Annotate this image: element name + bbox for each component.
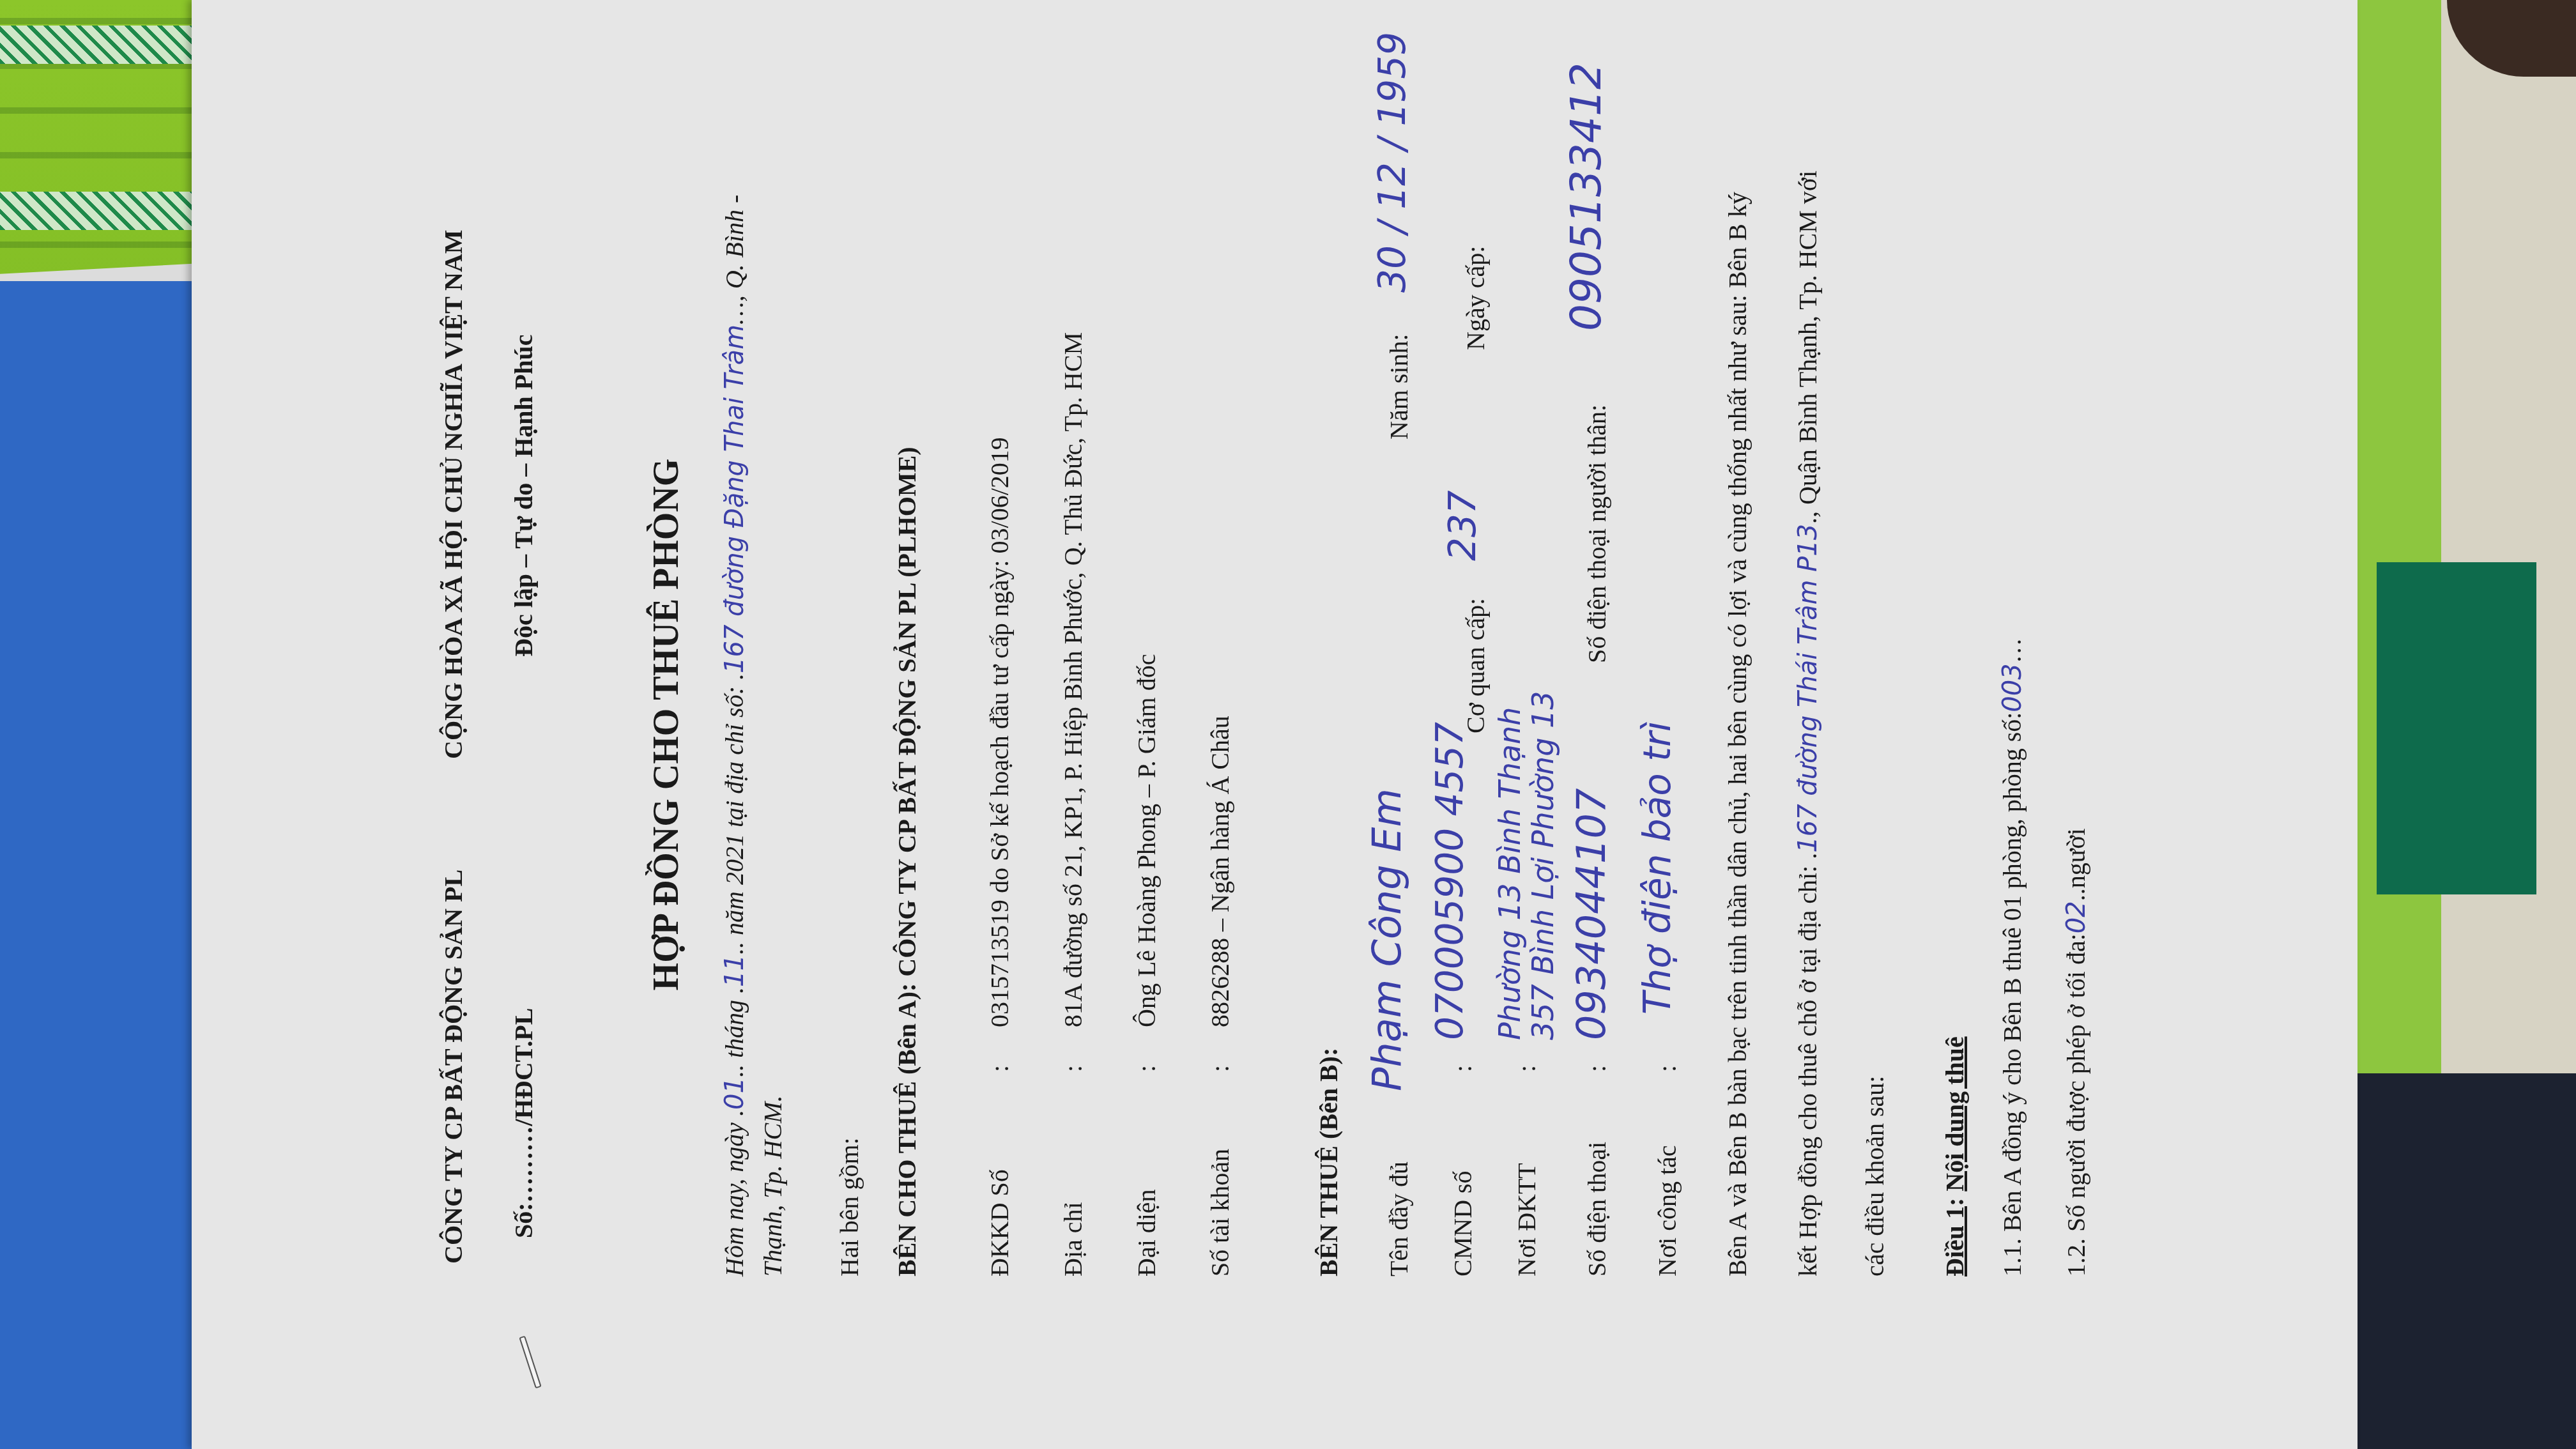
agreement-line-1: Bên A và Bên B bàn bạc trên tinh thần dâ… <box>1725 192 1751 1276</box>
handwritten-id-number: 070005900 4557 <box>1431 722 1468 1040</box>
clause-text: 1.1. Bên A đồng ý cho Bên B thuê 01 phòn… <box>1998 712 2027 1276</box>
intro-line-2: Thạnh, Tp. HCM. <box>760 1096 786 1276</box>
intro-text: .. tháng . <box>720 987 749 1077</box>
field-value-dkkd: 0315713519 do Sở kế hoạch đầu tư cấp ngà… <box>987 437 1013 1027</box>
intro-text: .. năm 2021 tại địa chỉ số: . <box>720 673 749 954</box>
agreement-line-2: kết Hợp đồng cho thuê chỗ ở tại địa chỉ:… <box>1795 171 1821 1276</box>
party-a-heading: BÊN CHO THUÊ (Bên A): CÔNG TY CP BẤT ĐỘN… <box>894 447 920 1276</box>
denim-cloth <box>2357 1073 2576 1449</box>
fabric-pattern-band <box>0 26 211 64</box>
field-colon: : <box>1061 1065 1086 1072</box>
handwritten-month: 11 <box>720 954 749 987</box>
handwritten-day: 01 <box>720 1077 749 1110</box>
handwritten-room-number: 003 <box>1998 663 2027 712</box>
field-value-address: 81A đường số 21, KP1, P. Hiệp Bình Phước… <box>1061 332 1086 1027</box>
handwritten-birth-date: 30 / 12 / 1959 <box>1374 32 1411 293</box>
id-label: CMND số <box>1450 1170 1476 1276</box>
birth-label: Năm sinh: <box>1386 333 1412 440</box>
intro-line-1: Hôm nay, ngày .01.. tháng .11.. năm 2021… <box>722 195 747 1276</box>
agreement-line-3: các điều khoản sau: <box>1862 1076 1888 1276</box>
handwritten-full-name: Phạm Công Em <box>1367 788 1407 1091</box>
handwritten-residence-1: Phường 13 Bình Thạnh <box>1495 707 1524 1040</box>
handwritten-address: 167 đường Đặng Thai Trâm <box>720 325 749 673</box>
field-label: Số tài khoản <box>1207 1149 1233 1276</box>
relative-phone-label: Số điện thoại người thân: <box>1584 404 1610 663</box>
contract-number: Số:………/HĐCT.PL <box>511 1008 537 1238</box>
field-label: Địa chỉ <box>1061 1202 1086 1276</box>
handwritten-issuer: 237 <box>1444 490 1481 561</box>
work-label: Nơi công tác <box>1655 1145 1680 1276</box>
field-colon: : <box>1655 1065 1680 1072</box>
clause-text: 1.2. Số người được phép ở tối đa: <box>2062 933 2090 1276</box>
fabric-right <box>2351 0 2576 1449</box>
parties-intro: Hai bên gồm: <box>837 1137 862 1276</box>
handwritten-rental-address: 167 đường Thái Trâm P13 <box>1793 524 1823 853</box>
field-colon: : <box>1450 1065 1476 1072</box>
clause-1-1: 1.1. Bên A đồng ý cho Bên B thuê 01 phòn… <box>2000 638 2025 1276</box>
field-colon: : <box>1134 1065 1160 1072</box>
clause-text: ..người <box>2062 828 2090 901</box>
handwritten-relative-phone: 0905133412 <box>1565 63 1607 331</box>
handwritten-max-occupants: 02 <box>2062 901 2091 933</box>
agreement-text: ., Quận Bình Thạnh, Tp. HCM với <box>1793 171 1822 524</box>
national-motto: Độc lập – Tự do – Hạnh Phúc <box>511 335 537 657</box>
clause-1-2: 1.2. Số người được phép ở tối đa:02..ngư… <box>2064 828 2089 1276</box>
fabric-teal-block <box>2377 562 2536 894</box>
field-label: Đại diện <box>1134 1189 1160 1276</box>
blue-folder <box>0 281 211 1449</box>
field-label: ĐKKD Số <box>987 1169 1013 1276</box>
republic-name: CỘNG HÒA XÃ HỘI CHỦ NGHĨA VIỆT NAM <box>441 229 466 759</box>
issuer-label: Cơ quan cấp: <box>1463 598 1489 733</box>
clause-text: … <box>1998 638 2027 663</box>
article-1-heading: Điều 1: Nội dung thuê <box>1942 1036 1968 1276</box>
contract-document: CÔNG TY CP BẤT ĐỘNG SẢN PL CỘNG HÒA XÃ H… <box>198 0 2351 1449</box>
document-title: HỢP ĐỒNG CHO THUÊ PHÒNG <box>648 0 684 1449</box>
issue-date-label: Ngày cấp: <box>1463 246 1489 350</box>
full-name-label: Tên đầy đủ <box>1386 1161 1412 1276</box>
article-number: Điều 1 <box>1940 1206 1969 1276</box>
phone-label: Số điện thoại <box>1584 1142 1610 1276</box>
field-colon: : <box>1514 1065 1540 1072</box>
party-b-heading: BÊN THUÊ (Bên B): <box>1316 1048 1342 1276</box>
company-name: CÔNG TY CP BẤT ĐỘNG SẢN PL <box>441 870 466 1264</box>
handwritten-workplace: Thợ điện bảo trì <box>1639 721 1676 1015</box>
dark-cloth <box>2447 0 2576 77</box>
field-colon: : <box>1207 1065 1233 1072</box>
intro-text: …, Q. Bình - <box>720 195 749 325</box>
intro-text: Hôm nay, ngày . <box>720 1110 749 1276</box>
field-colon: : <box>1584 1065 1610 1072</box>
field-value-account: 8826288 – Ngân hàng Á Châu <box>1207 716 1233 1027</box>
field-value-representative: Ông Lê Hoàng Phong – P. Giám đốc <box>1134 654 1160 1027</box>
handwritten-residence-2: 357 Bình Lợi Phường 13 <box>1528 691 1558 1040</box>
fabric-pattern-band <box>0 192 211 230</box>
agreement-text: kết Hợp đồng cho thuê chỗ ở tại địa chỉ:… <box>1793 853 1822 1276</box>
residence-label: Nơi ĐKTT <box>1514 1163 1540 1276</box>
article-title: Nội dung thuê <box>1940 1036 1969 1191</box>
field-colon: : <box>987 1065 1013 1072</box>
handwritten-phone: 0934044107 <box>1572 788 1611 1040</box>
